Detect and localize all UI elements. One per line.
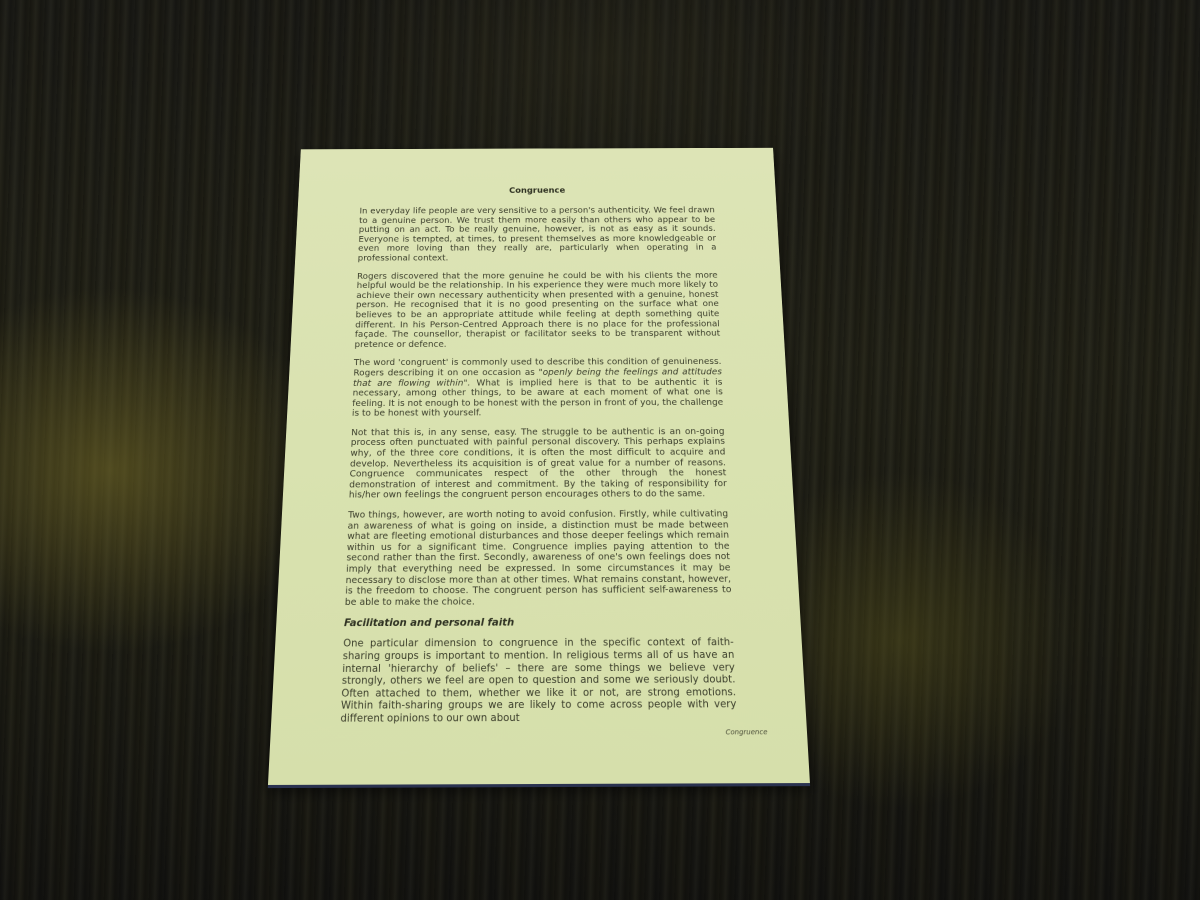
section-heading: Facilitation and personal faith: [344, 616, 733, 629]
page-footer: Congruence: [725, 728, 767, 736]
paragraph-congruent-word: The word 'congruent' is commonly used to…: [352, 357, 724, 419]
paragraph-faith-sharing: One particular dimension to congruence i…: [340, 638, 737, 726]
paragraph-two-things: Two things, however, are worth noting to…: [345, 509, 733, 608]
paragraph-rogers: Rogers discovered that the more genuine …: [354, 271, 721, 350]
printed-page: Congruence In everyday life people are v…: [268, 148, 810, 785]
paragraph-authenticity: In everyday life people are very sensiti…: [358, 206, 718, 264]
paragraph-struggle: Not that this is, in any sense, easy. Th…: [349, 427, 728, 501]
photo-stage: Congruence In everyday life people are v…: [0, 0, 1200, 900]
page-title: Congruence: [360, 186, 714, 196]
